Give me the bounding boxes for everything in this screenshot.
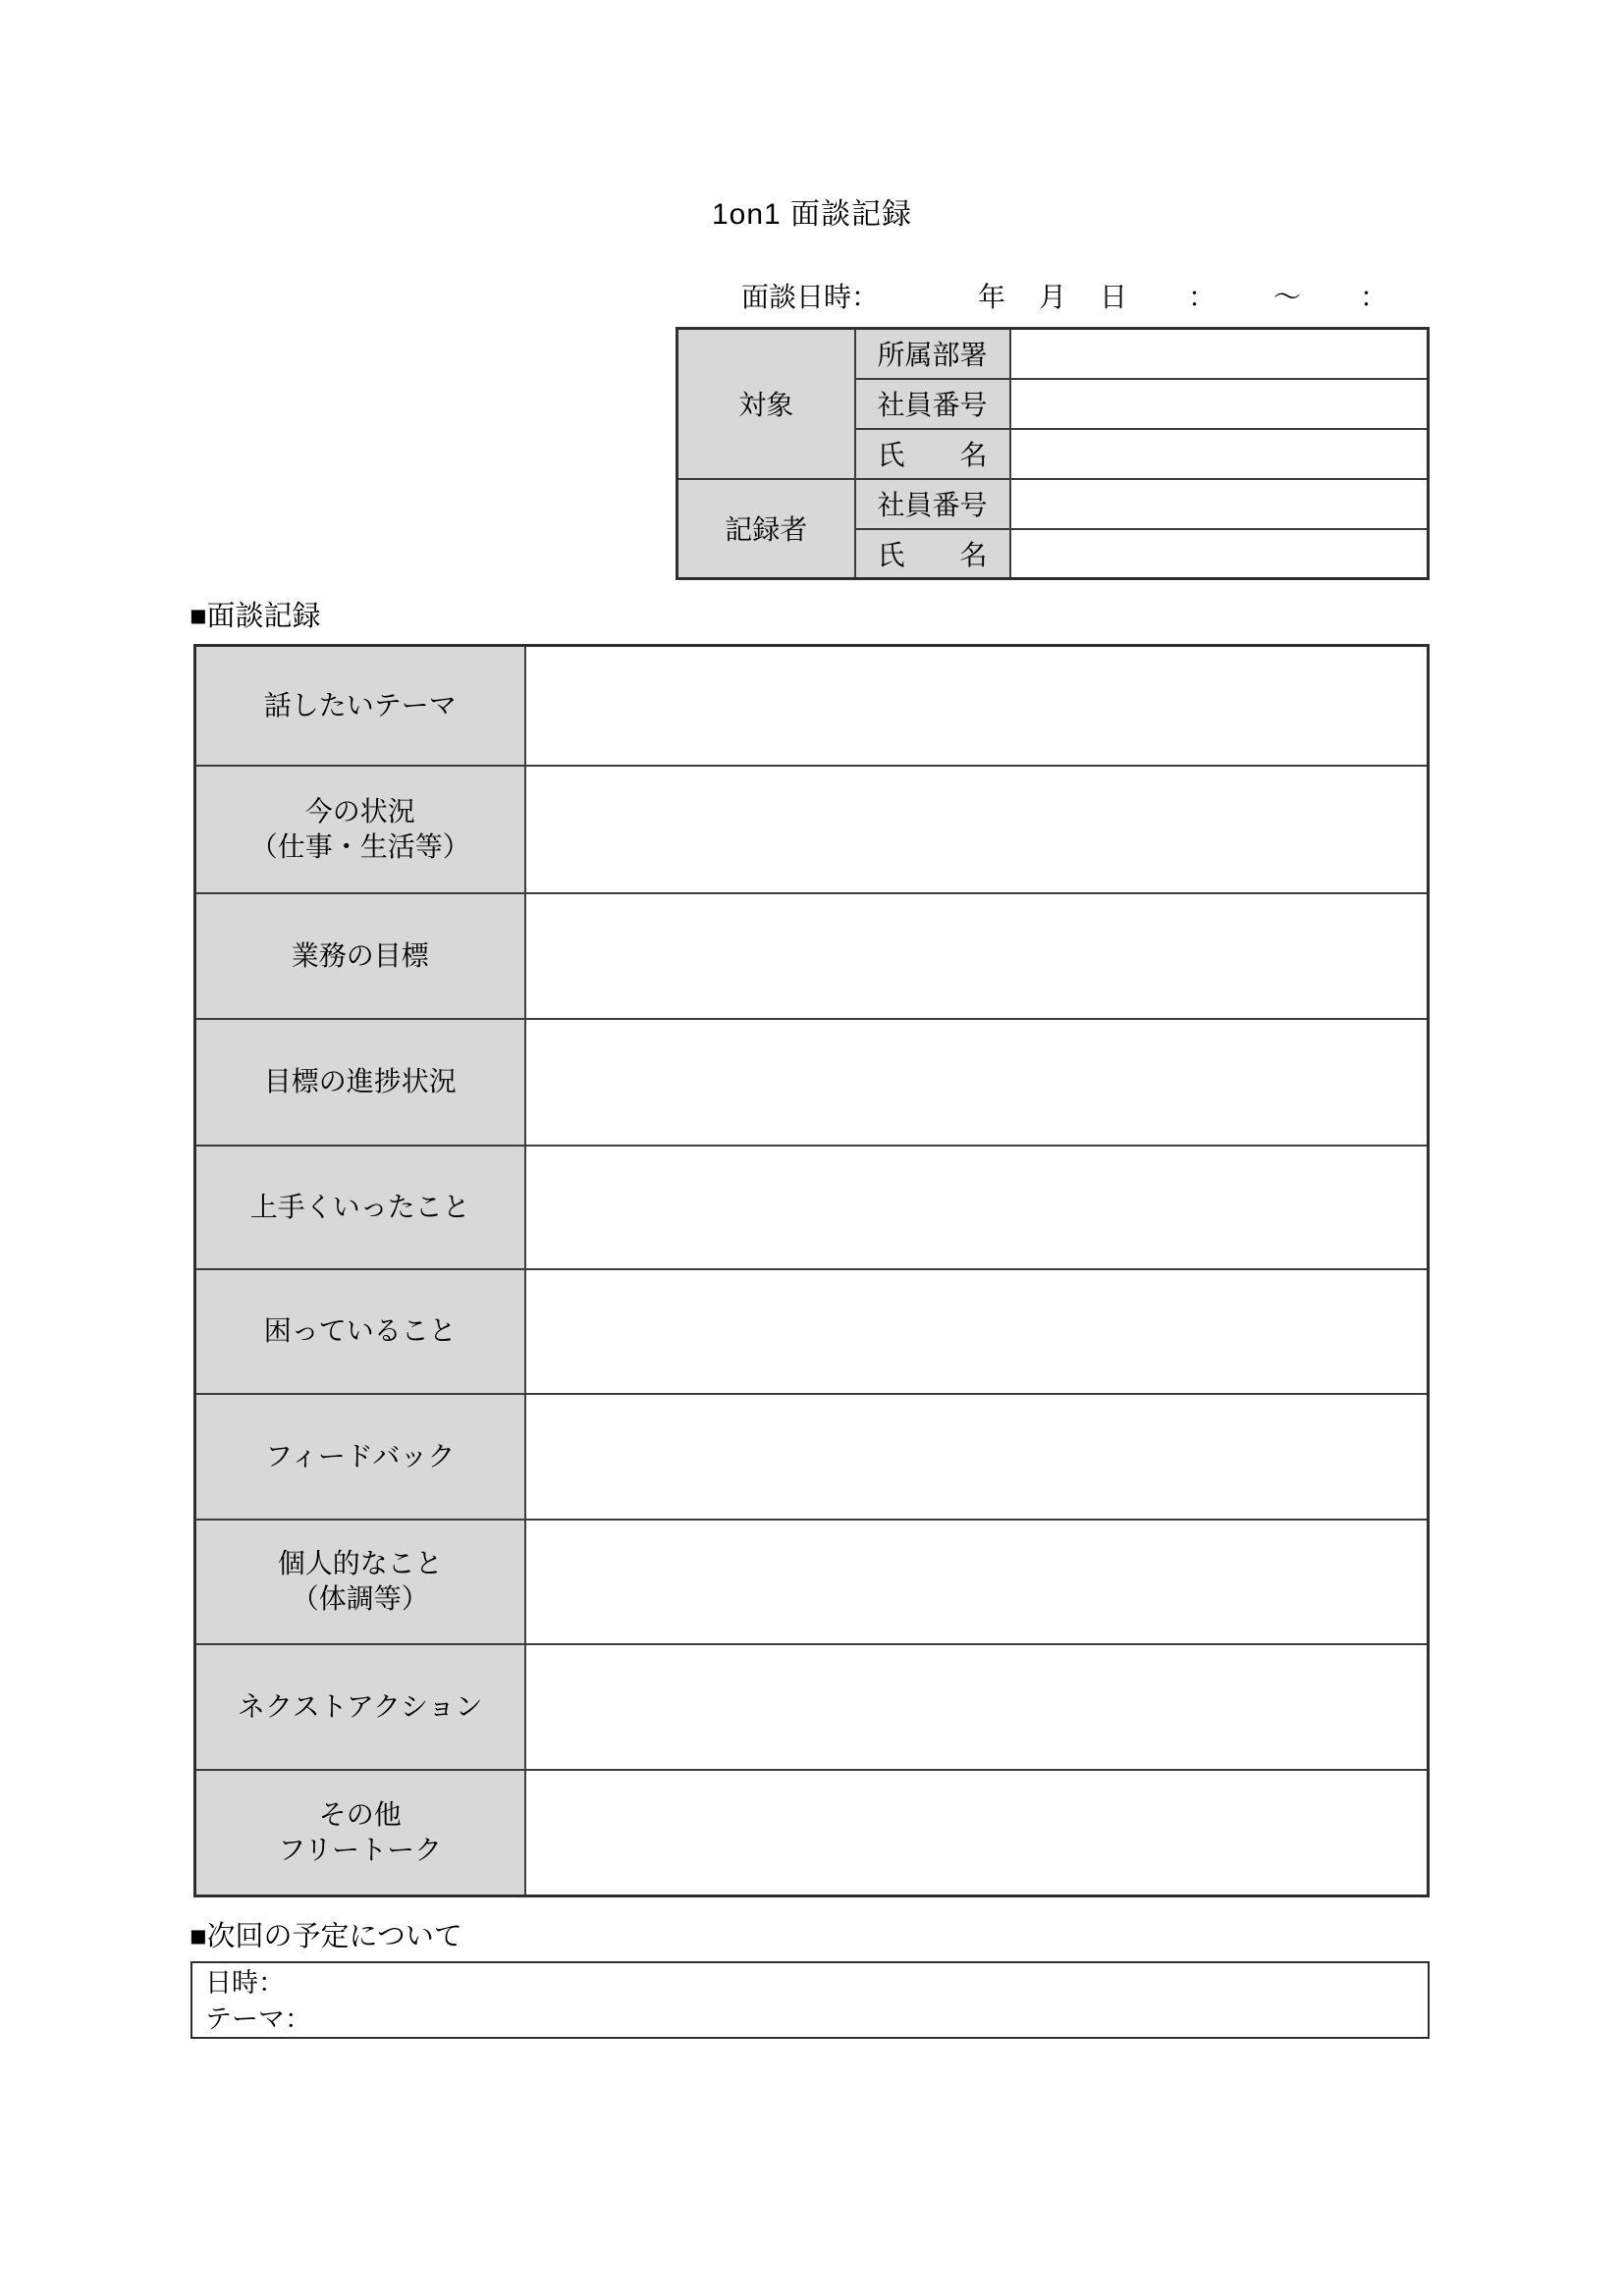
next-meeting-section-heading: ■次回の予定について: [189, 1918, 462, 1955]
datetime-day-label: 日: [1100, 281, 1127, 314]
field-label-name: 氏 名: [855, 429, 1010, 479]
table-row: 上手くいったこと: [195, 1146, 1429, 1269]
row-label-free-talk: その他 フリートーク: [195, 1770, 525, 1896]
table-row: 今の状況 （仕事・生活等）: [195, 766, 1429, 893]
recorder-group-label: 記録者: [677, 479, 855, 579]
value-cell-what-went-well[interactable]: [525, 1146, 1429, 1269]
row-label-personal-matters: 個人的なこと （体調等）: [195, 1520, 525, 1644]
meeting-record-table: 話したいテーマ 今の状況 （仕事・生活等） 業務の目標 目標の進捗状況 上手くい…: [193, 644, 1430, 1897]
next-datetime-label: 日時：: [205, 1968, 285, 1998]
field-label-department: 所属部署: [855, 329, 1010, 379]
row-label-current-situation: 今の状況 （仕事・生活等）: [195, 766, 525, 893]
table-row: 話したいテーマ: [195, 646, 1429, 766]
datetime-year-label: 年: [978, 281, 1005, 314]
value-cell-current-situation[interactable]: [525, 766, 1429, 893]
value-cell-free-talk[interactable]: [525, 1770, 1429, 1896]
value-cell-goal-progress[interactable]: [525, 1019, 1429, 1146]
row-label-theme-to-discuss: 話したいテーマ: [195, 646, 525, 766]
next-meeting-datetime-field[interactable]: 日時：: [205, 1965, 1428, 2002]
row-label-next-action: ネクストアクション: [195, 1644, 525, 1770]
datetime-start-colon: ：: [1188, 281, 1216, 314]
table-row: 困っていること: [195, 1269, 1429, 1394]
value-cell-target-name[interactable]: [1010, 429, 1429, 479]
value-cell-personal-matters[interactable]: [525, 1520, 1429, 1644]
value-cell-work-goals[interactable]: [525, 893, 1429, 1019]
table-row: 記録者 社員番号: [677, 479, 1429, 529]
datetime-month-label: 月: [1039, 281, 1066, 314]
value-cell-recorder-employee-number[interactable]: [1010, 479, 1429, 529]
table-row: 個人的なこと （体調等）: [195, 1520, 1429, 1644]
table-row: フィードバック: [195, 1394, 1429, 1520]
record-section-heading: ■面談記録: [189, 598, 321, 635]
participants-table: 対象 所属部署 社員番号 氏 名 記録者 社員番号 氏 名: [676, 327, 1430, 580]
row-label-goal-progress: 目標の進捗状況: [195, 1019, 525, 1146]
datetime-label: 面談日時：: [741, 281, 879, 314]
row-label-troubles: 困っていること: [195, 1269, 525, 1394]
next-theme-label: テーマ：: [205, 2004, 311, 2034]
value-cell-target-employee-number[interactable]: [1010, 379, 1429, 429]
value-cell-troubles[interactable]: [525, 1269, 1429, 1394]
row-label-work-goals: 業務の目標: [195, 893, 525, 1019]
next-meeting-theme-field[interactable]: テーマ：: [205, 2002, 1428, 2038]
next-meeting-box: 日時： テーマ：: [190, 1961, 1430, 2039]
field-label-name: 氏 名: [855, 529, 1010, 579]
row-label-feedback: フィードバック: [195, 1394, 525, 1520]
table-row: 対象 所属部署: [677, 329, 1429, 379]
datetime-tilde: 〜: [1273, 281, 1301, 314]
table-row: 目標の進捗状況: [195, 1019, 1429, 1146]
row-label-what-went-well: 上手くいったこと: [195, 1146, 525, 1269]
target-group-label: 対象: [677, 329, 855, 479]
table-row: ネクストアクション: [195, 1644, 1429, 1770]
value-cell-target-department[interactable]: [1010, 329, 1429, 379]
value-cell-theme-to-discuss[interactable]: [525, 646, 1429, 766]
document-title: 1on1 面談記録: [0, 195, 1624, 235]
datetime-end-colon: ：: [1360, 281, 1387, 314]
field-label-employee-number: 社員番号: [855, 479, 1010, 529]
document-page: { "doc": { "title": "1on1 面談記録" }, "date…: [0, 0, 1624, 2296]
table-row: 業務の目標: [195, 893, 1429, 1019]
field-label-employee-number: 社員番号: [855, 379, 1010, 429]
value-cell-recorder-name[interactable]: [1010, 529, 1429, 579]
meeting-datetime-line: 面談日時： 年 月 日 ： 〜 ：: [741, 281, 1429, 316]
table-row: その他 フリートーク: [195, 1770, 1429, 1896]
value-cell-feedback[interactable]: [525, 1394, 1429, 1520]
value-cell-next-action[interactable]: [525, 1644, 1429, 1770]
